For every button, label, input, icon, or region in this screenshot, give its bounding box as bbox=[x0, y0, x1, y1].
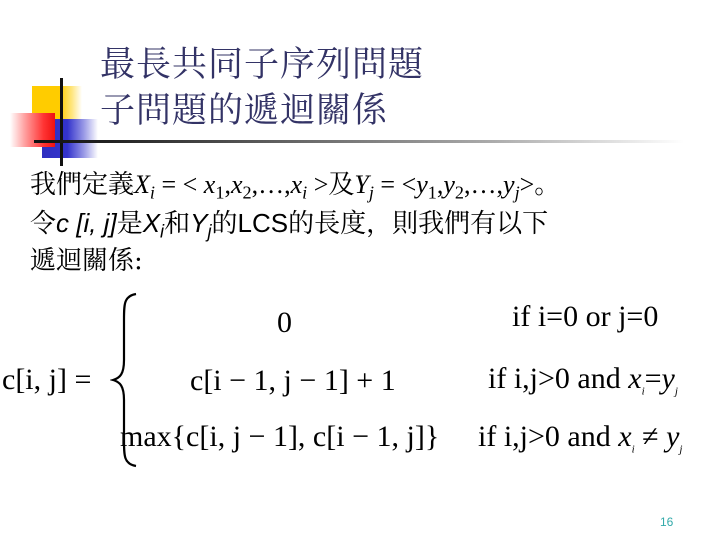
case-0-value: 0 bbox=[277, 306, 292, 340]
math-var: y bbox=[503, 170, 515, 199]
body-line-1: 我們定義Xi = < x1,x2,…,xi >及Yj = <y1,y2,…,yj… bbox=[30, 166, 560, 204]
case-1-value: c[i − 1, j − 1] + 1 bbox=[190, 364, 396, 398]
title-underline bbox=[34, 140, 684, 143]
math-X: X bbox=[143, 208, 160, 238]
case-1-condition: if i,j>0 and xi=yj bbox=[488, 362, 678, 398]
lcs-label: LCS bbox=[238, 208, 289, 238]
text-span: 及 bbox=[328, 170, 354, 200]
math-var: y bbox=[416, 170, 428, 199]
math-op: > bbox=[520, 170, 535, 199]
text-span: 的長度，則我們有以下 bbox=[288, 209, 548, 239]
math-op: ,…, bbox=[252, 170, 291, 199]
math-var: x bbox=[204, 170, 216, 199]
math-var: x bbox=[628, 362, 641, 395]
body-line-2: 令c [i, j]是Xi和Yj的LCS的長度，則我們有以下 bbox=[30, 204, 560, 242]
math-var: y bbox=[666, 420, 679, 453]
math-subscript: 1 bbox=[428, 182, 437, 202]
math-subscript: j bbox=[679, 444, 682, 456]
condition-text: if i,j>0 and bbox=[488, 362, 628, 395]
math-Y: Y bbox=[354, 170, 368, 199]
math-subscript: 2 bbox=[242, 182, 251, 202]
decoration-vertical-line bbox=[60, 78, 63, 166]
text-span: 令 bbox=[30, 209, 56, 239]
slide-title: 最長共同子序列問題 子問題的遞迴關係 bbox=[100, 42, 424, 134]
text-span: 我們定義 bbox=[30, 170, 134, 200]
condition-text: if i,j>0 and bbox=[478, 420, 618, 453]
math-op: = < bbox=[374, 170, 416, 199]
text-span: 和 bbox=[164, 209, 190, 239]
math-var: x bbox=[291, 170, 303, 199]
case-2-value: max{c[i, j − 1], c[i − 1, j]} bbox=[120, 420, 439, 454]
math-X: X bbox=[134, 170, 150, 199]
math-Y: Y bbox=[190, 208, 207, 238]
math-var: x bbox=[618, 420, 631, 453]
math-op: = bbox=[645, 362, 662, 395]
case-2-condition: if i,j>0 and xi ≠ yj bbox=[478, 420, 682, 456]
math-op: ,…, bbox=[464, 170, 503, 199]
title-line-1: 最長共同子序列問題 bbox=[100, 42, 424, 88]
text-span: 是 bbox=[117, 209, 143, 239]
math-subscript: j bbox=[675, 386, 678, 398]
math-subscript: 2 bbox=[455, 182, 464, 202]
equation-lhs: c[i, j] = bbox=[2, 363, 91, 397]
slide-body: 我們定義Xi = < x1,x2,…,xi >及Yj = <y1,y2,…,yj… bbox=[30, 166, 560, 280]
math-var: y bbox=[662, 362, 675, 395]
math-var: x bbox=[231, 170, 243, 199]
text-span: 的 bbox=[212, 209, 238, 239]
page-number: 16 bbox=[660, 515, 673, 529]
math-op: ≠ bbox=[635, 420, 666, 453]
body-line-3: 遞迴關係: bbox=[30, 242, 560, 280]
case-0-condition: if i=0 or j=0 bbox=[512, 300, 658, 334]
title-line-2: 子問題的遞迴關係 bbox=[100, 88, 424, 134]
text-span: 。 bbox=[534, 170, 560, 200]
math-op: > bbox=[307, 170, 328, 199]
math-var: y bbox=[443, 170, 455, 199]
c-expression: c [i, j] bbox=[56, 208, 117, 238]
math-op: = < bbox=[155, 170, 204, 199]
